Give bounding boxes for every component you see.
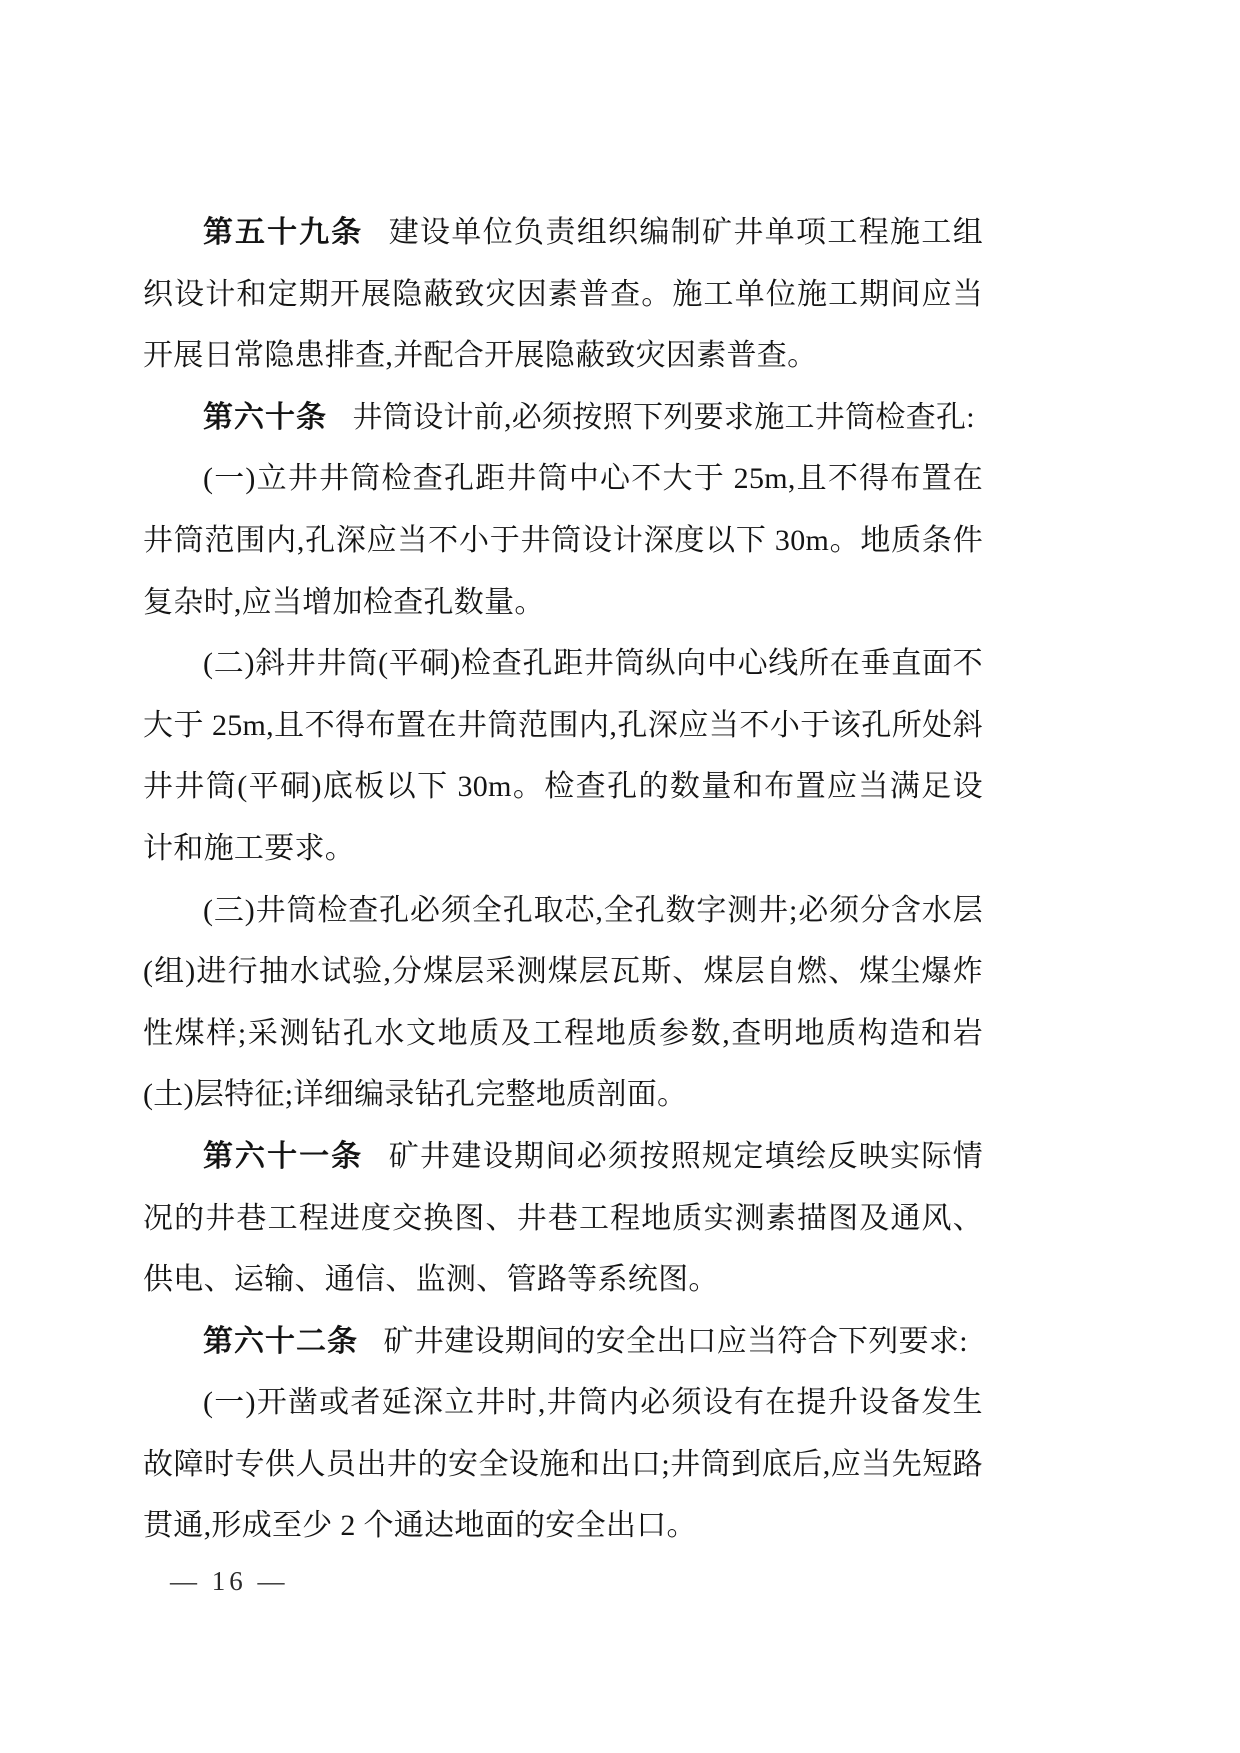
article-59-heading: 第五十九条 (203, 216, 363, 249)
article-60-body: 井筒设计前,必须按照下列要求施工井筒检查孔: (353, 401, 975, 434)
page-number: — 16 — (170, 1566, 289, 1597)
paragraph-article-62-item-1: (一)开凿或者延深立井时,井筒内必须设有在提升设备发生故障时专供人员出井的安全设… (143, 1372, 983, 1557)
paragraph-article-62: 第六十二条矿井建设期间的安全出口应当符合下列要求: (143, 1311, 983, 1373)
article-60-heading: 第六十条 (203, 401, 327, 434)
article-61-heading: 第六十一条 (203, 1140, 363, 1173)
document-body: 第五十九条建设单位负责组织编制矿井单项工程施工组织设计和定期开展隐蔽致灾因素普查… (143, 202, 983, 1557)
article-60-item-1-body: (一)立井井筒检查孔距井筒中心不大于 25m,且不得布置在井筒范围内,孔深应当不… (143, 462, 983, 618)
paragraph-article-59: 第五十九条建设单位负责组织编制矿井单项工程施工组织设计和定期开展隐蔽致灾因素普查… (143, 202, 983, 387)
article-60-item-3-body: (三)井筒检查孔必须全孔取芯,全孔数字测井;必须分含水层(组)进行抽水试验,分煤… (143, 894, 983, 1112)
paragraph-article-61: 第六十一条矿井建设期间必须按照规定填绘反映实际情况的井巷工程进度交换图、井巷工程… (143, 1126, 983, 1311)
article-60-item-2-body: (二)斜井井筒(平硐)检查孔距井筒纵向中心线所在垂直面不大于 25m,且不得布置… (143, 647, 983, 865)
paragraph-article-60-item-2: (二)斜井井筒(平硐)检查孔距井筒纵向中心线所在垂直面不大于 25m,且不得布置… (143, 633, 983, 879)
article-62-item-1-body: (一)开凿或者延深立井时,井筒内必须设有在提升设备发生故障时专供人员出井的安全设… (143, 1386, 983, 1542)
document-page: 第五十九条建设单位负责组织编制矿井单项工程施工组织设计和定期开展隐蔽致灾因素普查… (0, 0, 1240, 1753)
paragraph-article-60: 第六十条井筒设计前,必须按照下列要求施工井筒检查孔: (143, 387, 983, 449)
paragraph-article-60-item-1: (一)立井井筒检查孔距井筒中心不大于 25m,且不得布置在井筒范围内,孔深应当不… (143, 448, 983, 633)
paragraph-article-60-item-3: (三)井筒检查孔必须全孔取芯,全孔数字测井;必须分含水层(组)进行抽水试验,分煤… (143, 880, 983, 1126)
article-62-heading: 第六十二条 (203, 1325, 358, 1358)
article-62-body: 矿井建设期间的安全出口应当符合下列要求: (384, 1325, 968, 1358)
